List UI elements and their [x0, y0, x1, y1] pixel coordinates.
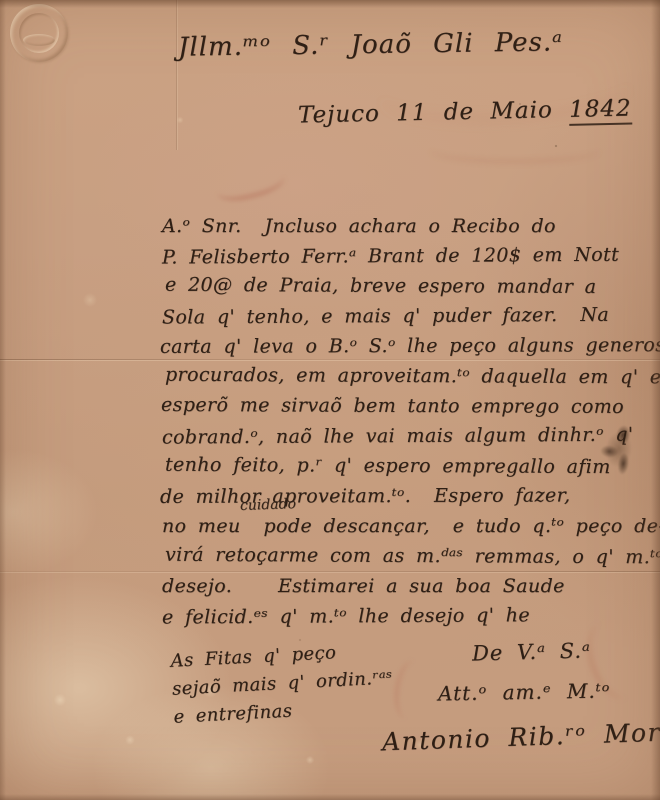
body-line: Sola q' tenho, e mais q' puder fazer. Na — [162, 299, 656, 332]
closing-salutation: De V.ᵃ S.ᵃ — [472, 638, 591, 665]
body-line: esperõ me sirvaõ bem tanto emprego como — [161, 390, 655, 422]
body-line: de milhor aproveitam.ᵗᵒ. Espero fazer, — [160, 480, 654, 512]
postscript-block: As Fitas q' peçosejaõ mais q' ordin.ʳᵃˢe… — [170, 636, 395, 731]
body-line: procurados, em aproveitam.ᵗᵒ daquella em… — [165, 360, 659, 393]
dateline: Tejuco 11 de Maio 1842 — [298, 96, 632, 129]
dateline-year-underlined: 1842 — [569, 96, 632, 126]
interline-insertion: cuidado — [240, 496, 297, 514]
body-line: e felicid.ᵉˢ q' m.ᵗᵒ lhe desejo q' he — [162, 599, 656, 632]
vertical-fold-crease — [176, 0, 177, 150]
body-line: carta q' leva o B.ᵒ S.ᵒ lhe peço alguns … — [160, 330, 654, 362]
body-line: e 20@ de Praia, breve espero mandar a — [165, 270, 659, 303]
body-line: P. Felisberto Ferr.ᵃ Brant de 120$ em No… — [162, 239, 656, 272]
body-line: cobrand.ᵒ, naõ lhe vai mais algum dinhr.… — [162, 419, 656, 452]
body-line: A.ᵒ Snr. Jncluso achara o Recibo do — [162, 211, 656, 241]
ink-bleed-mark — [391, 658, 431, 722]
ink-bleed-mark — [212, 160, 287, 206]
recipient-line: Jllm.ᵐᵒ S.ʳ Joaõ Gli Pes.ᵃ — [178, 27, 563, 62]
body-line: no meu pode descançar, e tudo q.ᵗᵒ peço … — [162, 511, 656, 541]
letter-page: Jllm.ᵐᵒ S.ʳ Joaõ Gli Pes.ᵃ Tejuco 11 de … — [0, 0, 660, 800]
letter-body: A.ᵒ Snr. Jncluso achara o Recibo doP. Fe… — [162, 211, 656, 631]
embossed-seal-icon — [10, 4, 68, 62]
signature: Antonio Rib.ʳᵒ Morẽs — [382, 717, 660, 757]
dateline-place-and-date: Tejuco 11 de Maio — [298, 97, 570, 129]
closing-compliment: Att.ᵒ am.ᵉ M.ᵗᵒ — [438, 678, 611, 705]
ink-smudge — [586, 412, 647, 487]
ink-bleed-mark — [430, 138, 600, 163]
body-line: virá retoçarme com as m.ᵈᵃˢ remmas, o q'… — [165, 540, 659, 573]
body-line: desejo. Estimarei a sua boa Saude — [162, 571, 656, 601]
